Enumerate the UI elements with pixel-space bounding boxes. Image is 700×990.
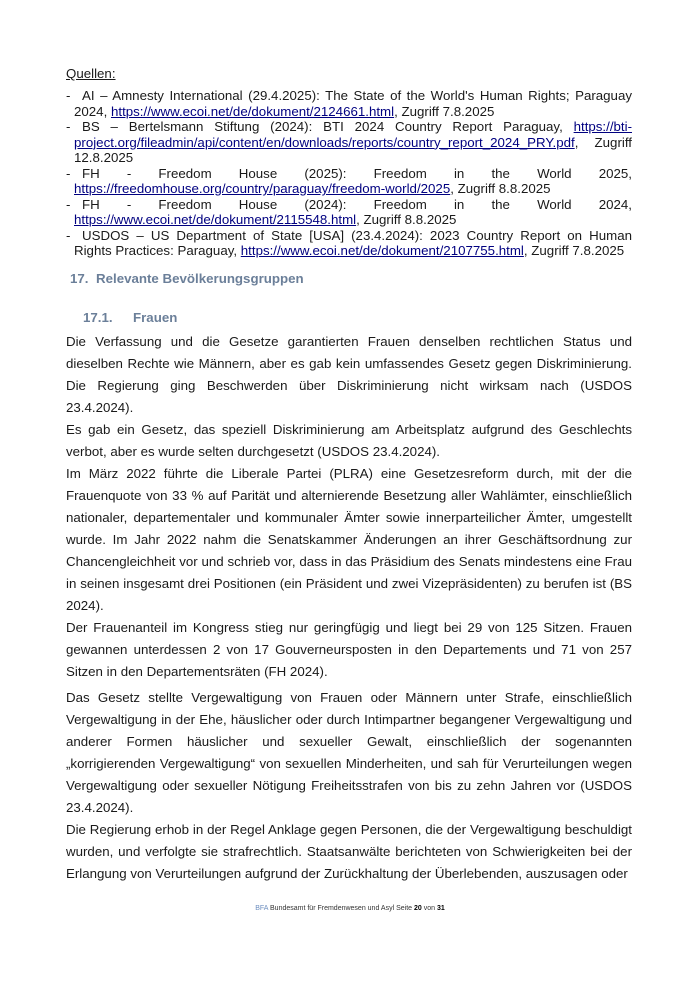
source-link[interactable]: https://freedomhouse.org/country/paragua…: [74, 181, 450, 196]
paragraph: Die Regierung erhob in der Regel Anklage…: [66, 819, 632, 885]
paragraph: Der Frauenanteil im Kongress stieg nur g…: [66, 617, 632, 683]
body-block-1: Die Verfassung und die Gesetze garantier…: [66, 331, 632, 683]
bfa-logo: BFA: [255, 905, 268, 912]
subsection-heading: 17.1.Frauen: [83, 310, 177, 325]
body-block-2: Das Gesetz stellte Vergewaltigung von Fr…: [66, 687, 632, 885]
paragraph: Das Gesetz stellte Vergewaltigung von Fr…: [66, 687, 632, 819]
paragraph: Im März 2022 führte die Liberale Partei …: [66, 463, 632, 617]
paragraph: Es gab ein Gesetz, das speziell Diskrimi…: [66, 419, 632, 463]
page-footer: BFA Bundesamt für Fremdenwesen und Asyl …: [0, 905, 700, 912]
source-link[interactable]: https://www.ecoi.net/de/dokument/2107755…: [241, 243, 524, 258]
source-item: -USDOS – US Department of State [USA] (2…: [66, 228, 632, 259]
source-link[interactable]: https://www.ecoi.net/de/dokument/2124661…: [111, 104, 394, 119]
source-item: -BS – Bertelsmann Stiftung (2024): BTI 2…: [66, 119, 632, 166]
paragraph: Die Verfassung und die Gesetze garantier…: [66, 331, 632, 419]
section-heading: 17.Relevante Bevölkerungsgruppen: [70, 271, 304, 286]
current-page: 20: [414, 905, 422, 912]
total-pages: 31: [437, 905, 445, 912]
source-item: -FH - Freedom House (2025): Freedom in t…: [66, 166, 632, 197]
source-item: -AI – Amnesty International (29.4.2025):…: [66, 88, 632, 119]
sources-list: -AI – Amnesty International (29.4.2025):…: [66, 88, 632, 259]
source-item: -FH - Freedom House (2024): Freedom in t…: [66, 197, 632, 228]
source-link[interactable]: https://www.ecoi.net/de/dokument/2115548…: [74, 212, 356, 227]
sources-label: Quellen:: [66, 66, 116, 81]
